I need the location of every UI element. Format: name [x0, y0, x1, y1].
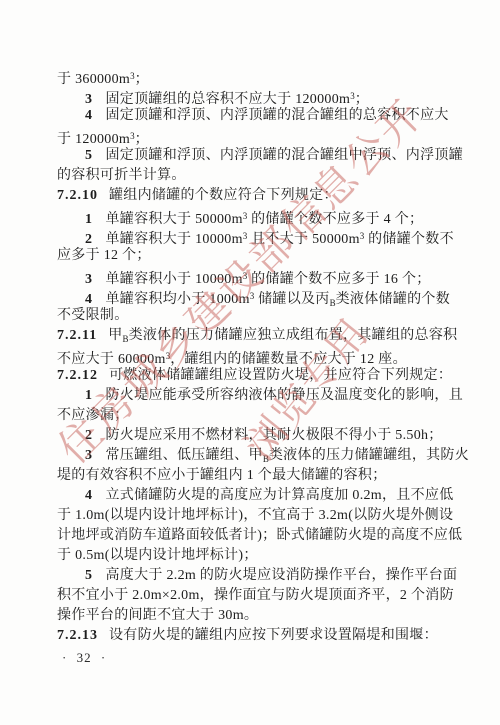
- text-run: 堤的有效容积不应小于罐组内 1 个最大储罐的容积；: [57, 468, 387, 483]
- item-number: 5: [85, 568, 93, 583]
- text-run: 的储罐个数不: [364, 232, 454, 247]
- section-number: 7.2.10: [57, 188, 98, 203]
- text-run: 单罐容积大于 50000m: [106, 212, 243, 227]
- page-number: · 32 ·: [62, 650, 106, 666]
- text-run: 不应渗漏；: [57, 408, 129, 423]
- item-number: 3: [85, 448, 93, 463]
- document-page: 于 360000m3；3固定顶罐组的总容积不应大于 120000m3；4固定顶罐…: [0, 0, 500, 725]
- text-run: 积不宜小于 2.0m×2.0m，操作面宜与防火堤顶面齐平，2 个消防: [57, 588, 454, 603]
- text-run: 固定顶罐和浮顶、内浮顶罐的混合罐组中浮顶、内浮顶罐: [106, 148, 464, 163]
- text-line: 1防火堤应能承受所容纳液体的静压及温度变化的影响，且: [57, 386, 447, 406]
- text-run: ；: [355, 92, 369, 107]
- text-run: 不受限制。: [57, 308, 129, 323]
- text-run: 单罐容积大于 10000m: [106, 232, 243, 247]
- section-number: 7.2.13: [57, 628, 98, 643]
- text-line: 不应大于 60000m3，罐组内的储罐数量不应大于 12 座。: [57, 346, 447, 366]
- text-line: 积不宜小于 2.0m×2.0m，操作面宜与防火堤顶面齐平，2 个消防: [57, 586, 447, 606]
- text-line: 3单罐容积小于 10000m3 的储罐个数不应多于 16 个；: [57, 266, 447, 286]
- text-run: ；: [135, 72, 149, 87]
- text-run: 于 0.5m(以堤内设计地坪标计)；: [57, 548, 258, 563]
- text-line: 不应渗漏；: [57, 406, 447, 426]
- text-run: 计地坪或消防车道路面较低者计)；卧式储罐防火堤的高度不应低: [57, 528, 462, 543]
- text-run: 操作平台的间距不宜大于 30m。: [57, 608, 258, 623]
- text-run: 的容积可折半计算。: [57, 168, 186, 183]
- text-line: 操作平台的间距不宜大于 30m。: [57, 606, 447, 626]
- item-number: 3: [85, 92, 93, 107]
- section-number: 7.2.12: [57, 368, 98, 383]
- text-run: 甲: [108, 328, 122, 343]
- text-line: 的容积可折半计算。: [57, 166, 447, 186]
- text-line: 3常压罐组、低压罐组、甲B类液体的压力储罐罐组，其防火: [57, 446, 447, 466]
- item-number: 4: [85, 488, 93, 503]
- text-line: 1单罐容积大于 50000m3 的储罐个数不应多于 4 个；: [57, 206, 447, 226]
- text-run: 常压罐组、低压罐组、甲: [106, 448, 263, 463]
- text-run: 且不大于 50000m: [247, 232, 360, 247]
- text-line: 7.2.10罐组内储罐的个数应符合下列规定：: [57, 186, 447, 206]
- text-line: 4单罐容积均小于 1000m3 储罐以及丙B类液体储罐的个数: [57, 286, 447, 306]
- text-line: 2单罐容积大于 10000m3 且不大于 50000m3 的储罐个数不: [57, 226, 447, 246]
- text-line: 于 0.5m(以堤内设计地坪标计)；: [57, 546, 447, 566]
- text-line: 5固定顶罐和浮顶、内浮顶罐的混合罐组中浮顶、内浮顶罐: [57, 146, 447, 166]
- text-line: 2防火堤应采用不燃材料，其耐火极限不得小于 5.50h；: [57, 426, 447, 446]
- text-run: 类液体的压力储罐应独立成组布置，其罐组的总容积: [129, 328, 458, 343]
- text-run: 高度大于 2.2m 的防火堤应设消防操作平台，操作平台面: [106, 568, 458, 583]
- text-run: 储罐以及丙: [254, 292, 329, 307]
- text-run: 防火堤应能承受所容纳液体的静压及温度变化的影响，且: [106, 388, 464, 403]
- section-number: 7.2.11: [57, 328, 97, 343]
- text-run: 的储罐个数不应多于 16 个；: [247, 272, 430, 287]
- text-line: 5高度大于 2.2m 的防火堤应设消防操作平台，操作平台面: [57, 566, 447, 586]
- item-number: 4: [85, 108, 93, 123]
- text-run: 的储罐个数不应多于 4 个；: [247, 212, 423, 227]
- text-run: 于 1.0m(以堤内设计地坪标计)，不宜高于 3.2m(以防火堤外侧设: [57, 508, 453, 523]
- text-run: 固定顶罐组的总容积不应大于 120000m: [106, 92, 351, 107]
- text-run: 防火堤应采用不燃材料，其耐火极限不得小于 5.50h；: [106, 428, 443, 443]
- text-run: 类液体的压力储罐罐组，其防火: [269, 448, 469, 463]
- item-number: 1: [85, 388, 93, 403]
- text-run: 应多于 12 个；: [57, 248, 151, 263]
- item-number: 5: [85, 148, 93, 163]
- text-line: 7.2.13设有防火堤的罐组内应按下列要求设置隔堤和围堰：: [57, 626, 447, 646]
- text-run: ；: [135, 132, 149, 147]
- text-line: 堤的有效容积不应小于罐组内 1 个最大储罐的容积；: [57, 466, 447, 486]
- text-line: 7.2.12可燃液体储罐罐组应设置防火堤，并应符合下列规定：: [57, 366, 447, 386]
- text-run: 于 360000m: [57, 72, 130, 87]
- text-run: 可燃液体储罐罐组应设置防火堤，并应符合下列规定：: [109, 368, 452, 383]
- item-number: 1: [85, 212, 93, 227]
- document-text-block: 于 360000m3；3固定顶罐组的总容积不应大于 120000m3；4固定顶罐…: [57, 66, 447, 646]
- text-line: 不受限制。: [57, 306, 447, 326]
- text-line: 于 360000m3；: [57, 66, 447, 86]
- text-line: 计地坪或消防车道路面较低者计)；卧式储罐防火堤的高度不应低: [57, 526, 447, 546]
- text-line: 于 1.0m(以堤内设计地坪标计)，不宜高于 3.2m(以防火堤外侧设: [57, 506, 447, 526]
- text-run: 固定顶罐和浮顶、内浮顶罐的混合罐组的总容积不应大: [106, 108, 449, 123]
- item-number: 2: [85, 232, 93, 247]
- text-run: 不应大于 60000m: [57, 352, 166, 367]
- text-line: 7.2.11甲B类液体的压力储罐应独立成组布置，其罐组的总容积: [57, 326, 447, 346]
- item-number: 4: [85, 292, 93, 307]
- text-run: 罐组内储罐的个数应符合下列规定：: [109, 188, 338, 203]
- text-run: ，罐组内的储罐数量不应大于 12 座。: [170, 352, 407, 367]
- text-run: 单罐容积小于 10000m: [106, 272, 243, 287]
- item-number: 3: [85, 272, 93, 287]
- text-run: 于 120000m: [57, 132, 130, 147]
- item-number: 2: [85, 428, 93, 443]
- text-line: 3固定顶罐组的总容积不应大于 120000m3；: [57, 86, 447, 106]
- text-run: 单罐容积均小于 1000m: [106, 292, 250, 307]
- text-line: 应多于 12 个；: [57, 246, 447, 266]
- text-line: 4固定顶罐和浮顶、内浮顶罐的混合罐组的总容积不应大: [57, 106, 447, 126]
- text-line: 4立式储罐防火堤的高度应为计算高度加 0.2m，且不应低: [57, 486, 447, 506]
- text-line: 于 120000m3；: [57, 126, 447, 146]
- text-run: 立式储罐防火堤的高度应为计算高度加 0.2m，且不应低: [106, 488, 454, 503]
- text-run: 设有防火堤的罐组内应按下列要求设置隔堤和围堰：: [109, 628, 438, 643]
- text-run: 类液体储罐的个数: [336, 292, 450, 307]
